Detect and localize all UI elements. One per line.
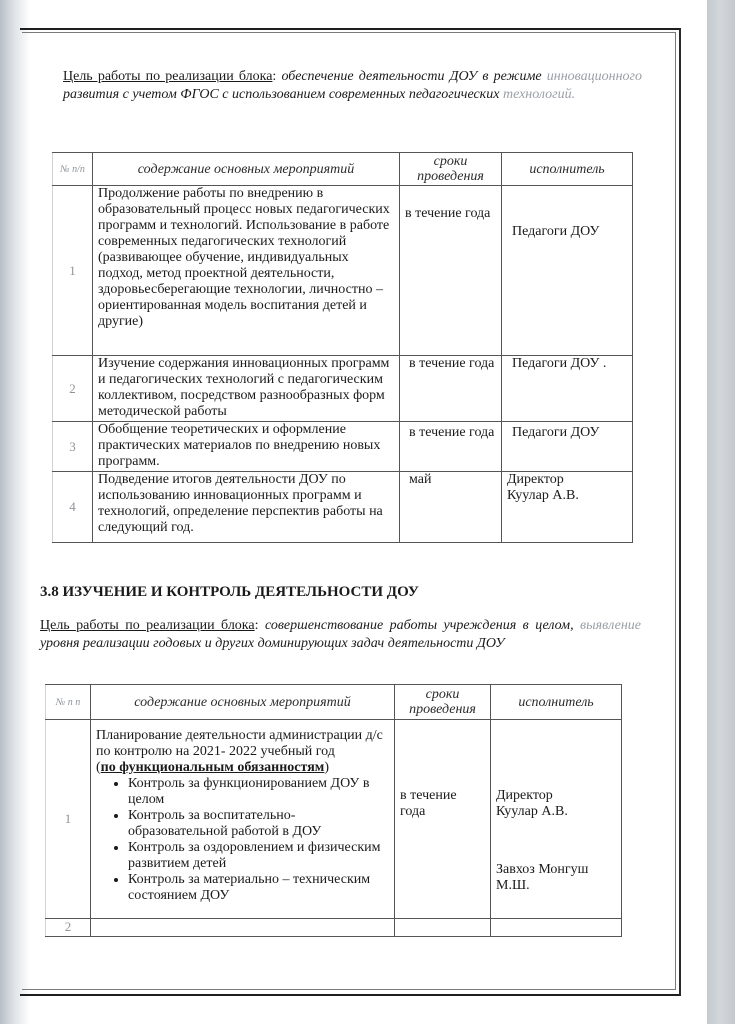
table2-row1-responsible: Директор Куулар А.В. Завхоз Монгуш М.Ш. xyxy=(491,720,622,919)
block2-goal-text-1: совершенствование работы учреждения в це… xyxy=(265,618,574,633)
block2-goal-paragraph: Цель работы по реализации блока: соверше… xyxy=(40,617,641,653)
list-item: Контроль за воспитательно-образовательно… xyxy=(128,808,389,840)
table1-row2-content: Изучение содержания инновационных програ… xyxy=(93,356,400,422)
list-item: Контроль за оздоровлением и физическим р… xyxy=(128,840,389,872)
table2-row1-intro: Планирование деятельности администрации … xyxy=(96,728,383,759)
table2-row2-dates xyxy=(395,919,491,937)
block2-goal-text-faded: выявление xyxy=(580,618,641,633)
table1-row1-content: Продолжение работы по внедрению в образо… xyxy=(93,186,400,356)
control-bullet-list: Контроль за функционированием ДОУ в цело… xyxy=(96,776,389,904)
table-row: 2 xyxy=(46,919,622,937)
table1-row3-dates: в течение года xyxy=(400,422,502,472)
table2-row1-bold: по функциональным обязанностям xyxy=(101,760,325,775)
activities-table-2: № п п содержание основных мероприятий ср… xyxy=(45,684,622,937)
table1-row3-responsible: Педагоги ДОУ xyxy=(502,422,633,472)
block1-goal-paragraph: Цель работы по реализации блока: обеспеч… xyxy=(63,68,642,104)
list-item: Контроль за материально – техническим со… xyxy=(128,872,389,904)
table-row: 3 Обобщение теоретических и оформление п… xyxy=(53,422,633,472)
table2-row2-responsible xyxy=(491,919,622,937)
table1-row2-num: 2 xyxy=(53,356,93,422)
table2-header-row: № п п содержание основных мероприятий ср… xyxy=(46,685,622,720)
table2-header-responsible: исполнитель xyxy=(491,685,622,720)
list-item: Контроль за функционированием ДОУ в цело… xyxy=(128,776,389,808)
table1-row1-num: 1 xyxy=(53,186,93,356)
table2-header-num: № п п xyxy=(46,685,91,720)
block1-goal-text-end: технологий. xyxy=(503,87,575,102)
activities-table-1: № п/п содержание основных мероприятий ср… xyxy=(52,152,633,543)
table-row: 4 Подведение итогов деятельности ДОУ по … xyxy=(53,472,633,543)
table-row: 2 Изучение содержания инновационных прог… xyxy=(53,356,633,422)
table1-row4-responsible: Директор Куулар А.В. xyxy=(502,472,633,543)
block2-goal-label: Цель работы по реализации блока xyxy=(40,618,255,633)
table1-row2-responsible: Педагоги ДОУ . xyxy=(502,356,633,422)
table1-header-dates: сроки проведения xyxy=(400,153,502,186)
table2-row1-dates: в течение года xyxy=(395,720,491,919)
table2-row2-num: 2 xyxy=(46,919,91,937)
table2-row1-responsible-1: Директор Куулар А.В. xyxy=(496,788,591,820)
table1-header-responsible: исполнитель xyxy=(502,153,633,186)
scan-right-edge xyxy=(707,0,735,1024)
table1-row3-num: 3 xyxy=(53,422,93,472)
table2-header-dates: сроки проведения xyxy=(395,685,491,720)
table2-row1-num: 1 xyxy=(46,720,91,919)
block2-goal-text-2: уровня реализации годовых и других домин… xyxy=(40,636,505,651)
table1-header-num: № п/п xyxy=(53,153,93,186)
table-row: 1 Продолжение работы по внедрению в обра… xyxy=(53,186,633,356)
table1-row1-responsible: Педагоги ДОУ xyxy=(502,186,633,356)
table1-row4-content: Подведение итогов деятельности ДОУ по ис… xyxy=(93,472,400,543)
table1-row4-dates: май xyxy=(400,472,502,543)
table1-header-row: № п/п содержание основных мероприятий ср… xyxy=(53,153,633,186)
table1-row2-dates: в течение года xyxy=(400,356,502,422)
table1-header-content: содержание основных мероприятий xyxy=(93,153,400,186)
table2-row1-content: Планирование деятельности администрации … xyxy=(91,720,395,919)
table2-row2-content xyxy=(91,919,395,937)
block1-goal-text-1: обеспечение деятельности ДОУ в режиме xyxy=(281,69,541,84)
table1-row1-dates: в течение года xyxy=(400,186,502,356)
table-row: 1 Планирование деятельности администраци… xyxy=(46,720,622,919)
block1-goal-label: Цель работы по реализации блока xyxy=(63,69,272,84)
table1-row3-content: Обобщение теоретических и оформление пра… xyxy=(93,422,400,472)
table2-row1-responsible-2: Завхоз Монгуш М.Ш. xyxy=(496,862,591,894)
table2-header-content: содержание основных мероприятий xyxy=(91,685,395,720)
table1-row4-num: 4 xyxy=(53,472,93,543)
block1-goal-text-2: развития с учетом ФГОС с использованием … xyxy=(63,87,499,102)
block1-goal-text-faded: инновационного xyxy=(547,69,642,84)
section-title: 3.8 ИЗУЧЕНИЕ И КОНТРОЛЬ ДЕЯТЕЛЬНОСТИ ДОУ xyxy=(40,584,419,601)
